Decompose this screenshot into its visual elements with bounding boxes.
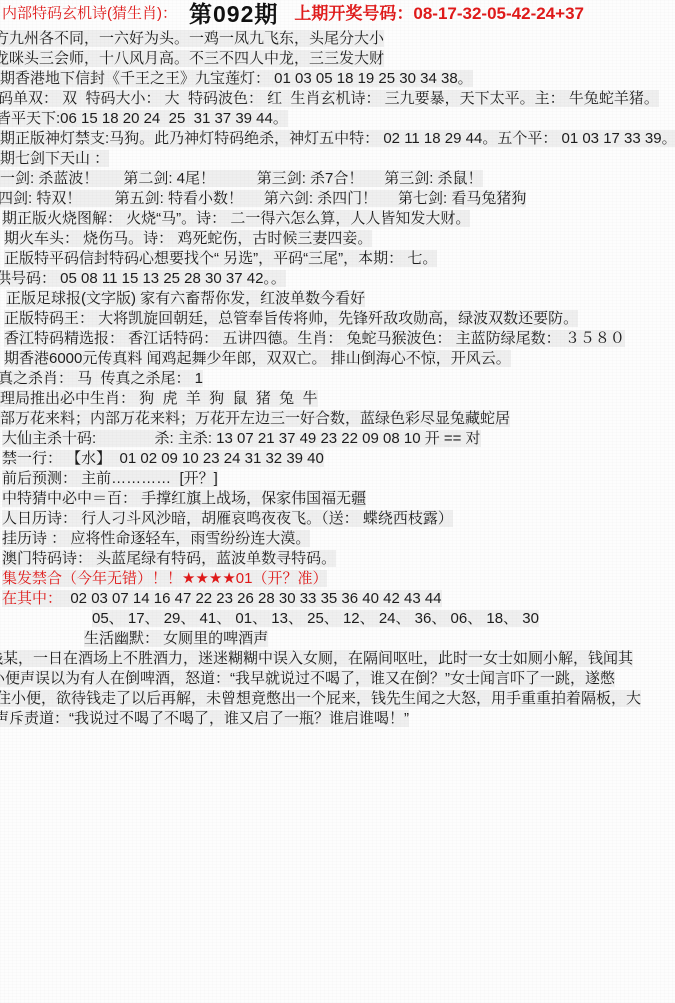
text-segment: 皆平天下:06 15 18 20 24 25 31 37 39 44。: [0, 110, 288, 127]
text-line: 正版特平码信封特码心想要找个“ 另选”，平码“三尾”，本期： 七。: [4, 249, 675, 269]
text-line: 05、 17、 29、 41、 01、 13、 25、 12、 24、 36、 …: [92, 609, 675, 629]
text-segment: 正版特平码信封特码心想要找个“ 另选”，平码“三尾”，本期： 七。: [4, 250, 437, 267]
text-segment: 中特猜中必中＝百： 手撑红旗上战场，保家伟国福无疆: [2, 490, 366, 507]
text-line: 前后预测： 主前………… [开？]: [2, 469, 675, 489]
text-line: 禁一行： 【水】 01 02 09 10 23 24 31 32 39 40: [2, 449, 675, 469]
text-line: 正版足球报(文字版) 家有六畜帮你发，红波单数今看好: [6, 289, 675, 309]
text-segment: 方九州各不同，一六好为头。一鸡一凤九飞东，头尾分大小: [0, 30, 384, 47]
text-segment: 真之杀肖： 马 传真之杀尾： 1: [0, 370, 203, 387]
text-segment: 期正版火烧图解： 火烧“马”。诗： 二一得六怎么算，人人皆知发大财。: [2, 210, 470, 227]
text-segment: 钱某，一日在酒场上不胜酒力，迷迷糊糊中误入女厕，在隔间呕吐，此时一女士如厕小解，…: [0, 650, 633, 667]
text-line: 钱某，一日在酒场上不胜酒力，迷迷糊糊中误入女厕，在隔间呕吐，此时一女士如厕小解，…: [0, 649, 675, 669]
text-line: 期正版火烧图解： 火烧“马”。诗： 二一得六怎么算，人人皆知发大财。: [2, 209, 675, 229]
text-line: 期香港地下信封《千王之王》九宝莲灯： 01 03 05 18 19 25 30 …: [0, 69, 675, 89]
text-line: 码单双： 双 特码大小： 大 特码波色： 红 生肖玄机诗： 三九要暴，天下太平。…: [0, 89, 675, 109]
text-line: 期火车头： 烧伤马。诗： 鸡死蛇伤，古时候三妻四妾。: [4, 229, 675, 249]
text-segment: 澳门特码诗： 头蓝尾绿有特码，蓝波单数寻特码。: [2, 550, 336, 567]
text-segment: 期正版神灯禁支:马狗。此乃神灯特码绝杀，神灯五中特： 02 11 18 29 4…: [0, 130, 675, 147]
text-line: 挂历诗 ： 应将性命逐轻车，雨雪纷纷连大漠。: [2, 529, 675, 549]
text-line: 澳门特码诗： 头蓝尾绿有特码，蓝波单数寻特码。: [2, 549, 675, 569]
issue-number: 第092期: [189, 2, 278, 26]
text-line: 声斥责道：“我说过不喝了不喝了，谁又启了一瓶？谁启谁喝！”: [0, 709, 675, 729]
text-segment: 期火车头： 烧伤马。诗： 鸡死蛇伤，古时候三妻四妾。: [4, 230, 372, 247]
text-line: 皆平天下:06 15 18 20 24 25 31 37 39 44。: [0, 109, 675, 129]
text-segment: 供号码： 05 08 11 15 13 25 28 30 37 42。。: [0, 270, 286, 287]
red-text-segment: 在其中：: [2, 590, 70, 607]
text-line: 正版特码王： 大将凯旋回朝廷，总管奉旨传将帅，先锋歼敌攻勋高，绿波双数还要防。: [4, 309, 675, 329]
text-line: 期七剑下天山 ：: [0, 149, 675, 169]
text-segment: 小便声误以为有人在倒啤酒，怒道：“我早就说过不喝了，谁又在倒？”女士闻言吓了一跳…: [0, 670, 615, 687]
text-line: 大仙主杀十码: 杀: 主杀: 13 07 21 37 49 23 22 09 0…: [2, 429, 675, 449]
text-segment: 生活幽默： 女厕里的啤酒声: [84, 630, 268, 647]
text-line: 四剑: 特双！ 第五剑: 特看小数！ 第六剑: 杀四门！ 第七剑: 看马兔猪狗: [0, 189, 675, 209]
text-segment: 正版足球报(文字版) 家有六畜帮你发，红波单数今看好: [6, 290, 365, 307]
text-segment: 期香港6000元传真料 闻鸡起舞少年郎，双双亡。 排山倒海心不惊，开风云。: [4, 350, 511, 367]
text-segment: 香江特码精选报： 香江话特码： 五讲四德。生肖： 兔蛇马猴波色： 主蓝防绿尾数：…: [4, 330, 625, 347]
text-line: 中特猜中必中＝百： 手撑红旗上战场，保家伟国福无疆: [2, 489, 675, 509]
text-segment: 理局推出必中生肖： 狗 虎 羊 狗 鼠 猪 兔 牛: [0, 390, 318, 407]
text-line: 部万花来料；内部万花来料；万花开左边三一好合数，蓝绿色彩尽显兔藏蛇居: [0, 409, 675, 429]
text-line: 人日历诗： 行人刁斗风沙暗，胡雁哀鸣夜夜飞。（送： 蝶绕西枝露）: [2, 509, 675, 529]
text-segment: 禁一行： 【水】 01 02 09 10 23 24 31 32 39 40: [2, 450, 324, 467]
red-text-segment: 集发禁合（今年无错）！！★★★★01（开？准）: [2, 570, 327, 587]
text-segment: 龙咪头三会师，十八风月高。不三不四人中龙，三三发大财: [0, 50, 384, 67]
text-line: 小便声误以为有人在倒啤酒，怒道：“我早就说过不喝了，谁又在倒？”女士闻言吓了一跳…: [0, 669, 675, 689]
text-segment: 正版特码王： 大将凯旋回朝廷，总管奉旨传将帅，先锋歼敌攻勋高，绿波双数还要防。: [4, 310, 578, 327]
text-line: 生活幽默： 女厕里的啤酒声: [84, 629, 675, 649]
header-red-label: 内部特码玄机诗(猜生肖)：: [2, 2, 177, 26]
text-segment: 02 03 07 14 16 47 22 23 26 28 30 33 35 3…: [70, 590, 441, 607]
text-line: 真之杀肖： 马 传真之杀尾： 1: [0, 369, 675, 389]
text-segment: 期七剑下天山 ：: [0, 150, 109, 167]
text-line: 理局推出必中生肖： 狗 虎 羊 狗 鼠 猪 兔 牛: [0, 389, 675, 409]
text-segment: 期香港地下信封《千王之王》九宝莲灯： 01 03 05 18 19 25 30 …: [0, 70, 473, 87]
last-draw-numbers: 上期开奖号码：08-17-32-05-42-24+37: [294, 2, 584, 26]
text-segment: 人日历诗： 行人刁斗风沙暗，胡雁哀鸣夜夜飞。（送： 蝶绕西枝露）: [2, 510, 453, 527]
content-lines: 方九州各不同，一六好为头。一鸡一凤九飞东，头尾分大小龙咪头三会师，十八风月高。不…: [2, 29, 675, 729]
text-segment: 码单双： 双 特码大小： 大 特码波色： 红 生肖玄机诗： 三九要暴，天下太平。…: [0, 90, 659, 107]
text-segment: 大仙主杀十码: 杀: 主杀: 13 07 21 37 49 23 22 09 0…: [2, 430, 481, 447]
text-segment: 声斥责道：“我说过不喝了不喝了，谁又启了一瓶？谁启谁喝！”: [0, 710, 409, 727]
text-segment: 部万花来料；内部万花来料；万花开左边三一好合数，蓝绿色彩尽显兔藏蛇居: [0, 410, 510, 427]
text-line: 一剑: 杀蓝波！ 第二剑: 4尾！ 第三剑: 杀7合！ 第三剑: 杀鼠！: [0, 169, 675, 189]
text-line: 香江特码精选报： 香江话特码： 五讲四德。生肖： 兔蛇马猴波色： 主蓝防绿尾数：…: [4, 329, 675, 349]
text-line: 住小便，欲待钱走了以后再解，未曾想竟憋出一个屁来，钱先生闻之大怒，用手重重拍着隔…: [0, 689, 675, 709]
text-line: 在其中： 02 03 07 14 16 47 22 23 26 28 30 33…: [2, 589, 675, 609]
text-segment: 05、 17、 29、 41、 01、 13、 25、 12、 24、 36、 …: [92, 610, 539, 627]
text-segment: 前后预测： 主前………… [开？]: [2, 470, 218, 487]
tip-sheet-page: 内部特码玄机诗(猜生肖)： 第092期 上期开奖号码：08-17-32-05-4…: [0, 0, 675, 729]
text-line: 期香港6000元传真料 闻鸡起舞少年郎，双双亡。 排山倒海心不惊，开风云。: [4, 349, 675, 369]
text-segment: 挂历诗 ： 应将性命逐轻车，雨雪纷纷连大漠。: [2, 530, 310, 547]
text-line: 期正版神灯禁支:马狗。此乃神灯特码绝杀，神灯五中特： 02 11 18 29 4…: [0, 129, 675, 149]
page-header: 内部特码玄机诗(猜生肖)： 第092期 上期开奖号码：08-17-32-05-4…: [2, 2, 675, 28]
text-line: 方九州各不同，一六好为头。一鸡一凤九飞东，头尾分大小: [0, 29, 675, 49]
text-segment: 一剑: 杀蓝波！ 第二剑: 4尾！ 第三剑: 杀7合！ 第三剑: 杀鼠！: [0, 170, 483, 187]
text-segment: 住小便，欲待钱走了以后再解，未曾想竟憋出一个屁来，钱先生闻之大怒，用手重重拍着隔…: [0, 690, 641, 707]
text-line: 集发禁合（今年无错）！！★★★★01（开？准）: [2, 569, 675, 589]
text-segment: 四剑: 特双！ 第五剑: 特看小数！ 第六剑: 杀四门！ 第七剑: 看马兔猪狗: [0, 190, 526, 207]
text-line: 供号码： 05 08 11 15 13 25 28 30 37 42。。: [0, 269, 675, 289]
text-line: 龙咪头三会师，十八风月高。不三不四人中龙，三三发大财: [0, 49, 675, 69]
